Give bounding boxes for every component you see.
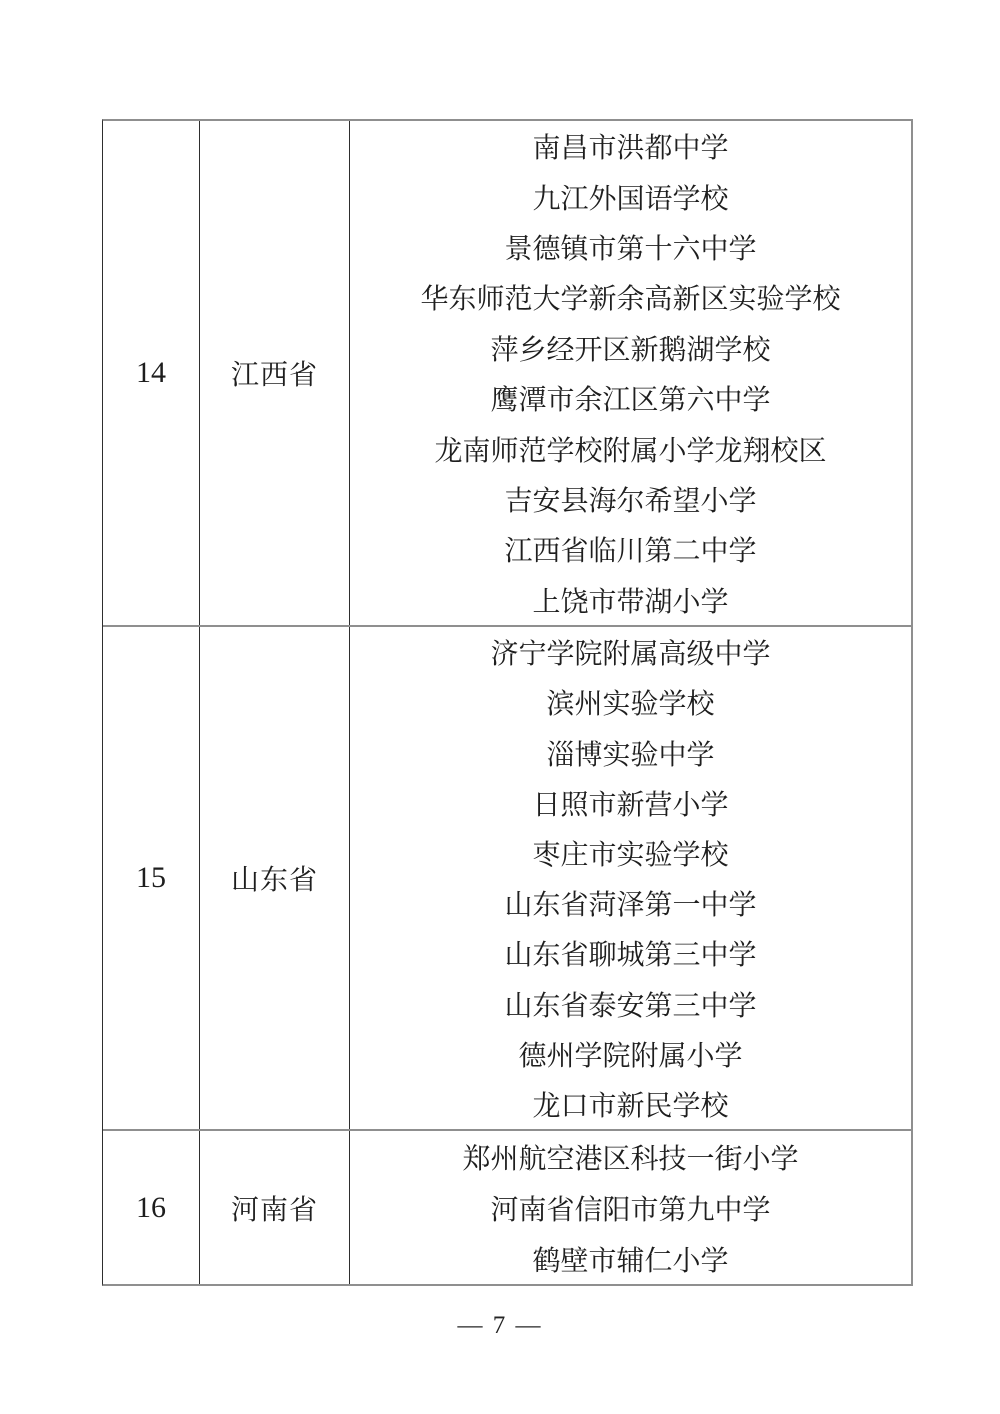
page-number: — 7 — (0, 1312, 1000, 1340)
school-name: 景德镇市第十六中学 (350, 222, 911, 272)
province-name: 山东省 (200, 627, 350, 1129)
school-name: 上饶市带湖小学 (350, 575, 911, 625)
school-name: 龙南师范学校附属小学龙翔校区 (350, 423, 911, 473)
school-name: 郑州航空港区科技一街小学 (350, 1131, 911, 1182)
school-name: 萍乡经开区新鹅湖学校 (350, 323, 911, 373)
row-index: 16 (103, 1131, 200, 1284)
school-name: 河南省信阳市第九中学 (350, 1182, 911, 1233)
school-name: 江西省临川第二中学 (350, 524, 911, 574)
schools-cell: 郑州航空港区科技一街小学 河南省信阳市第九中学 鹤壁市辅仁小学 (350, 1131, 911, 1284)
school-name: 鹰潭市余江区第六中学 (350, 373, 911, 423)
row-index: 15 (103, 627, 200, 1129)
table-row: 16 河南省 郑州航空港区科技一街小学 河南省信阳市第九中学 鹤壁市辅仁小学 (103, 1131, 911, 1284)
table-row: 15 山东省 济宁学院附属高级中学 滨州实验学校 淄博实验中学 日照市新营小学 … (103, 627, 911, 1131)
school-name: 枣庄市实验学校 (350, 828, 911, 878)
school-name: 山东省菏泽第一中学 (350, 878, 911, 928)
province-name: 河南省 (200, 1131, 350, 1284)
province-schools-table: 14 江西省 南昌市洪都中学 九江外国语学校 景德镇市第十六中学 华东师范大学新… (102, 119, 913, 1286)
row-index: 14 (103, 121, 200, 625)
schools-cell: 南昌市洪都中学 九江外国语学校 景德镇市第十六中学 华东师范大学新余高新区实验学… (350, 121, 911, 625)
school-name: 华东师范大学新余高新区实验学校 (350, 272, 911, 322)
school-name: 九江外国语学校 (350, 171, 911, 221)
school-name: 淄博实验中学 (350, 727, 911, 777)
school-name: 济宁学院附属高级中学 (350, 627, 911, 677)
province-name: 江西省 (200, 121, 350, 625)
document-page: 14 江西省 南昌市洪都中学 九江外国语学校 景德镇市第十六中学 华东师范大学新… (0, 0, 1000, 1414)
schools-cell: 济宁学院附属高级中学 滨州实验学校 淄博实验中学 日照市新营小学 枣庄市实验学校… (350, 627, 911, 1129)
table-row: 14 江西省 南昌市洪都中学 九江外国语学校 景德镇市第十六中学 华东师范大学新… (103, 121, 911, 627)
school-name: 鹤壁市辅仁小学 (350, 1233, 911, 1284)
school-name: 龙口市新民学校 (350, 1079, 911, 1129)
school-name: 日照市新营小学 (350, 778, 911, 828)
school-name: 南昌市洪都中学 (350, 121, 911, 171)
school-name: 滨州实验学校 (350, 677, 911, 727)
school-name: 吉安县海尔希望小学 (350, 474, 911, 524)
school-name: 德州学院附属小学 (350, 1029, 911, 1079)
school-name: 山东省聊城第三中学 (350, 928, 911, 978)
school-name: 山东省泰安第三中学 (350, 978, 911, 1028)
